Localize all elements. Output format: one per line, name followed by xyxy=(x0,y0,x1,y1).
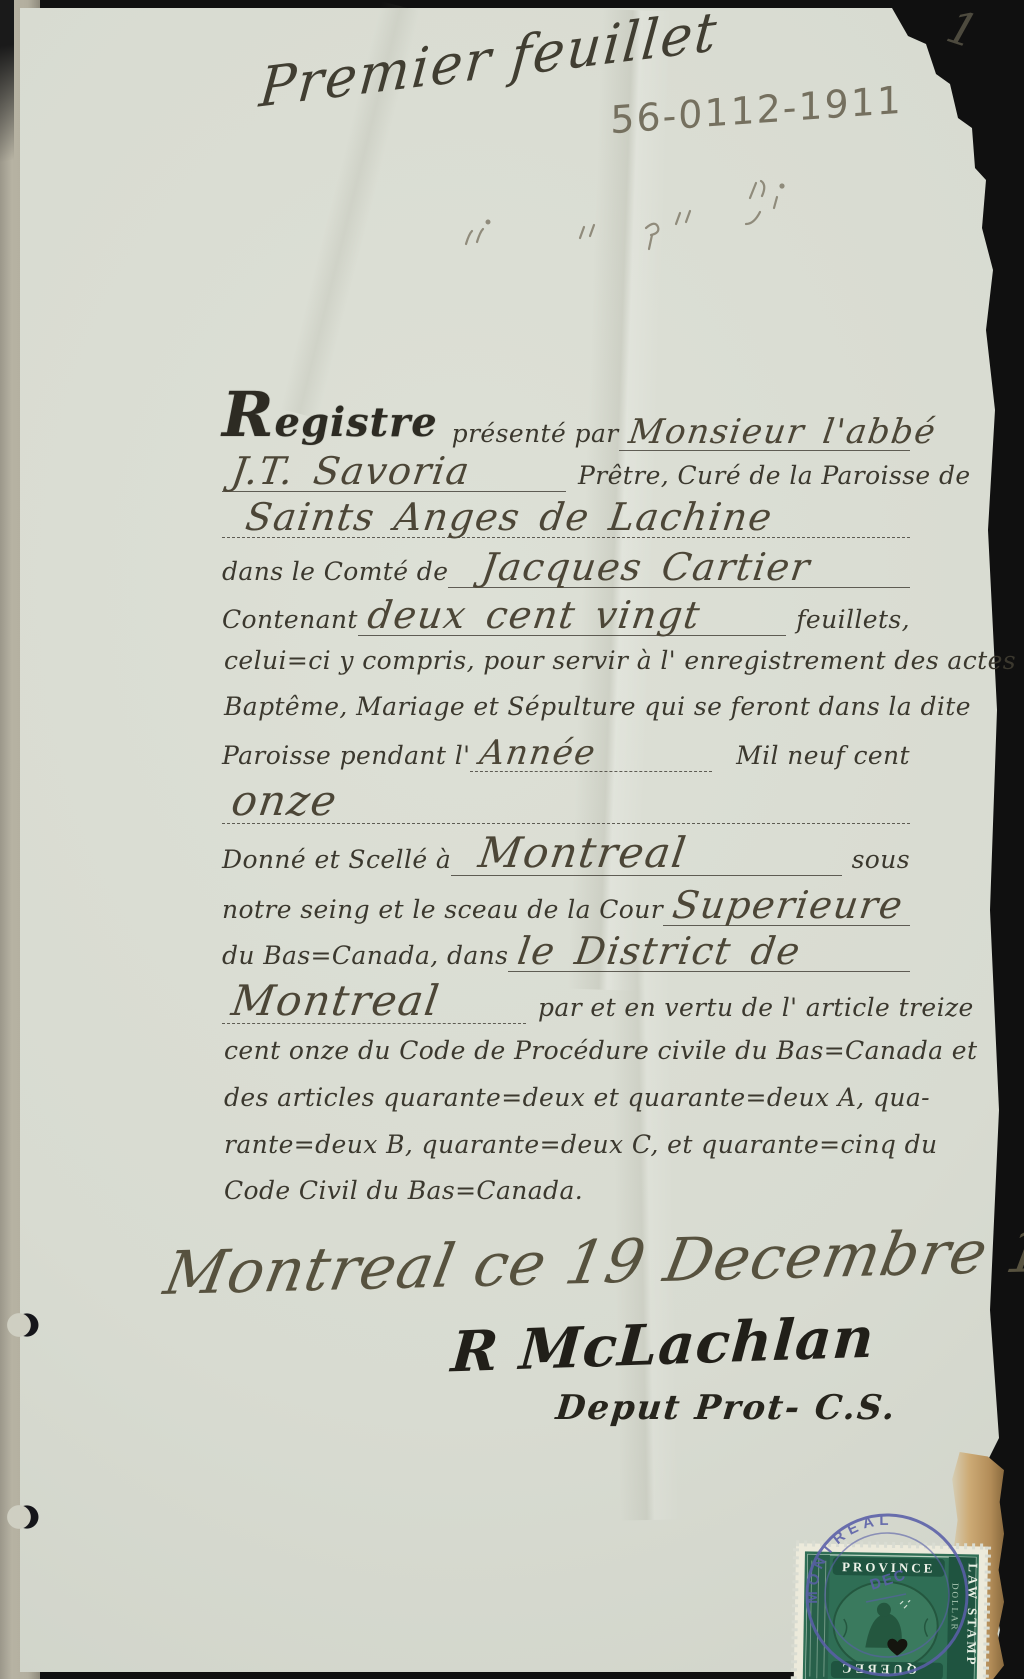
form-line-montreal: Montreal par et en vertu de l' article t… xyxy=(222,980,910,1024)
law-stamp-graphic: LAW STAMP DOLLAR PROVINCE QUEBEC xyxy=(780,1498,1010,1679)
printed-text: par et en vertu de l' article treize xyxy=(526,993,974,1024)
printed-text: Paroisse pendant l' xyxy=(222,741,470,772)
form-line-folios: Contenant deux cent vingt feuillets, xyxy=(222,596,910,636)
form-line-court: notre seing et le sceau de la Cour Super… xyxy=(222,886,910,926)
handwritten-entry: Montreal xyxy=(476,832,690,874)
stamp-value-label: DOLLAR xyxy=(950,1583,961,1632)
handwritten-entry: Superieure xyxy=(670,886,906,924)
printed-text: Prêtre, Curé de la Paroisse de xyxy=(566,461,971,492)
printed-text: du Bas=Canada, dans xyxy=(222,941,508,972)
printed-text: Donné et Scellé à xyxy=(222,845,451,876)
handwritten-entry: Année xyxy=(478,736,599,770)
form-line-county: dans le Comté de Jacques Cartier xyxy=(222,548,910,588)
form-line-text: Baptême, Mariage et Sépulture qui se fer… xyxy=(224,692,971,721)
form-line-registre: Registre présenté par Monsieur l'abbé xyxy=(222,378,910,451)
form-line-onze: onze xyxy=(222,780,910,824)
handwritten-entry: deux cent vingt xyxy=(365,596,703,634)
form-line-parish: Saints Anges de Lachine xyxy=(222,498,910,538)
form-line-text: cent onze du Code de Procédure civile du… xyxy=(224,1036,977,1065)
printed-text: feuillets, xyxy=(786,605,910,636)
pencil-scribbles xyxy=(430,172,800,277)
printed-text: Code Civil du Bas=Canada. xyxy=(224,1176,583,1205)
page-number: 1 xyxy=(940,0,985,59)
form-line-sealed: Donné et Scellé à Montreal sous xyxy=(222,832,910,876)
printed-text: cent onze du Code de Procédure civile du… xyxy=(224,1036,977,1065)
printed-text: sous xyxy=(842,845,910,876)
printed-text: celui=ci y compris, pour servir à l' enr… xyxy=(224,646,1024,675)
handwritten-entry: le District de xyxy=(516,932,804,970)
handwritten-entry: Montreal xyxy=(229,980,443,1022)
signer-title: Deput Prot- C.S. xyxy=(554,1388,899,1428)
printed-text: rante=deux B, quarante=deux C, et quaran… xyxy=(224,1130,937,1159)
handwritten-entry: Monsieur l'abbé xyxy=(626,415,938,449)
registre-ornate-word: Registre xyxy=(222,378,438,451)
punch-hole xyxy=(6,1310,42,1340)
handwritten-entry: onze xyxy=(229,780,340,822)
form-line-year: Paroisse pendant l' Année Mil neuf cent xyxy=(222,736,910,772)
printed-text: Baptême, Mariage et Sépulture qui se fer… xyxy=(224,692,971,721)
form-line-priest: J.T. Savoria Prêtre, Curé de la Paroisse… xyxy=(222,452,910,492)
law-stamp-area: LAW STAMP DOLLAR PROVINCE QUEBEC xyxy=(780,1498,1010,1679)
printed-text: notre seing et le sceau de la Cour xyxy=(222,895,663,926)
form-line-text: Code Civil du Bas=Canada. xyxy=(224,1176,583,1205)
handwritten-entry: J.T. Savoria xyxy=(229,452,473,490)
form-line-text: des articles quarante=deux et quarante=d… xyxy=(224,1083,930,1112)
printed-text: Mil neuf cent xyxy=(712,741,910,772)
form-line-district: du Bas=Canada, dans le District de xyxy=(222,932,910,972)
printed-text: dans le Comté de xyxy=(222,557,448,588)
printed-text: Contenant xyxy=(222,605,358,636)
printed-text: des articles quarante=deux et quarante=d… xyxy=(224,1083,930,1112)
scanner-background xyxy=(0,0,14,230)
form-line-text: celui=ci y compris, pour servir à l' enr… xyxy=(224,646,1024,675)
handwritten-entry: Saints Anges de Lachine xyxy=(243,498,775,536)
form-line-text: rante=deux B, quarante=deux C, et quaran… xyxy=(224,1130,937,1159)
printed-text: présenté par xyxy=(452,419,619,451)
handwritten-entry: Jacques Cartier xyxy=(480,548,814,586)
punch-hole xyxy=(6,1502,42,1532)
scanned-register-page: Premier feuillet 56-0112-1911 1 Registre… xyxy=(0,0,1024,1679)
